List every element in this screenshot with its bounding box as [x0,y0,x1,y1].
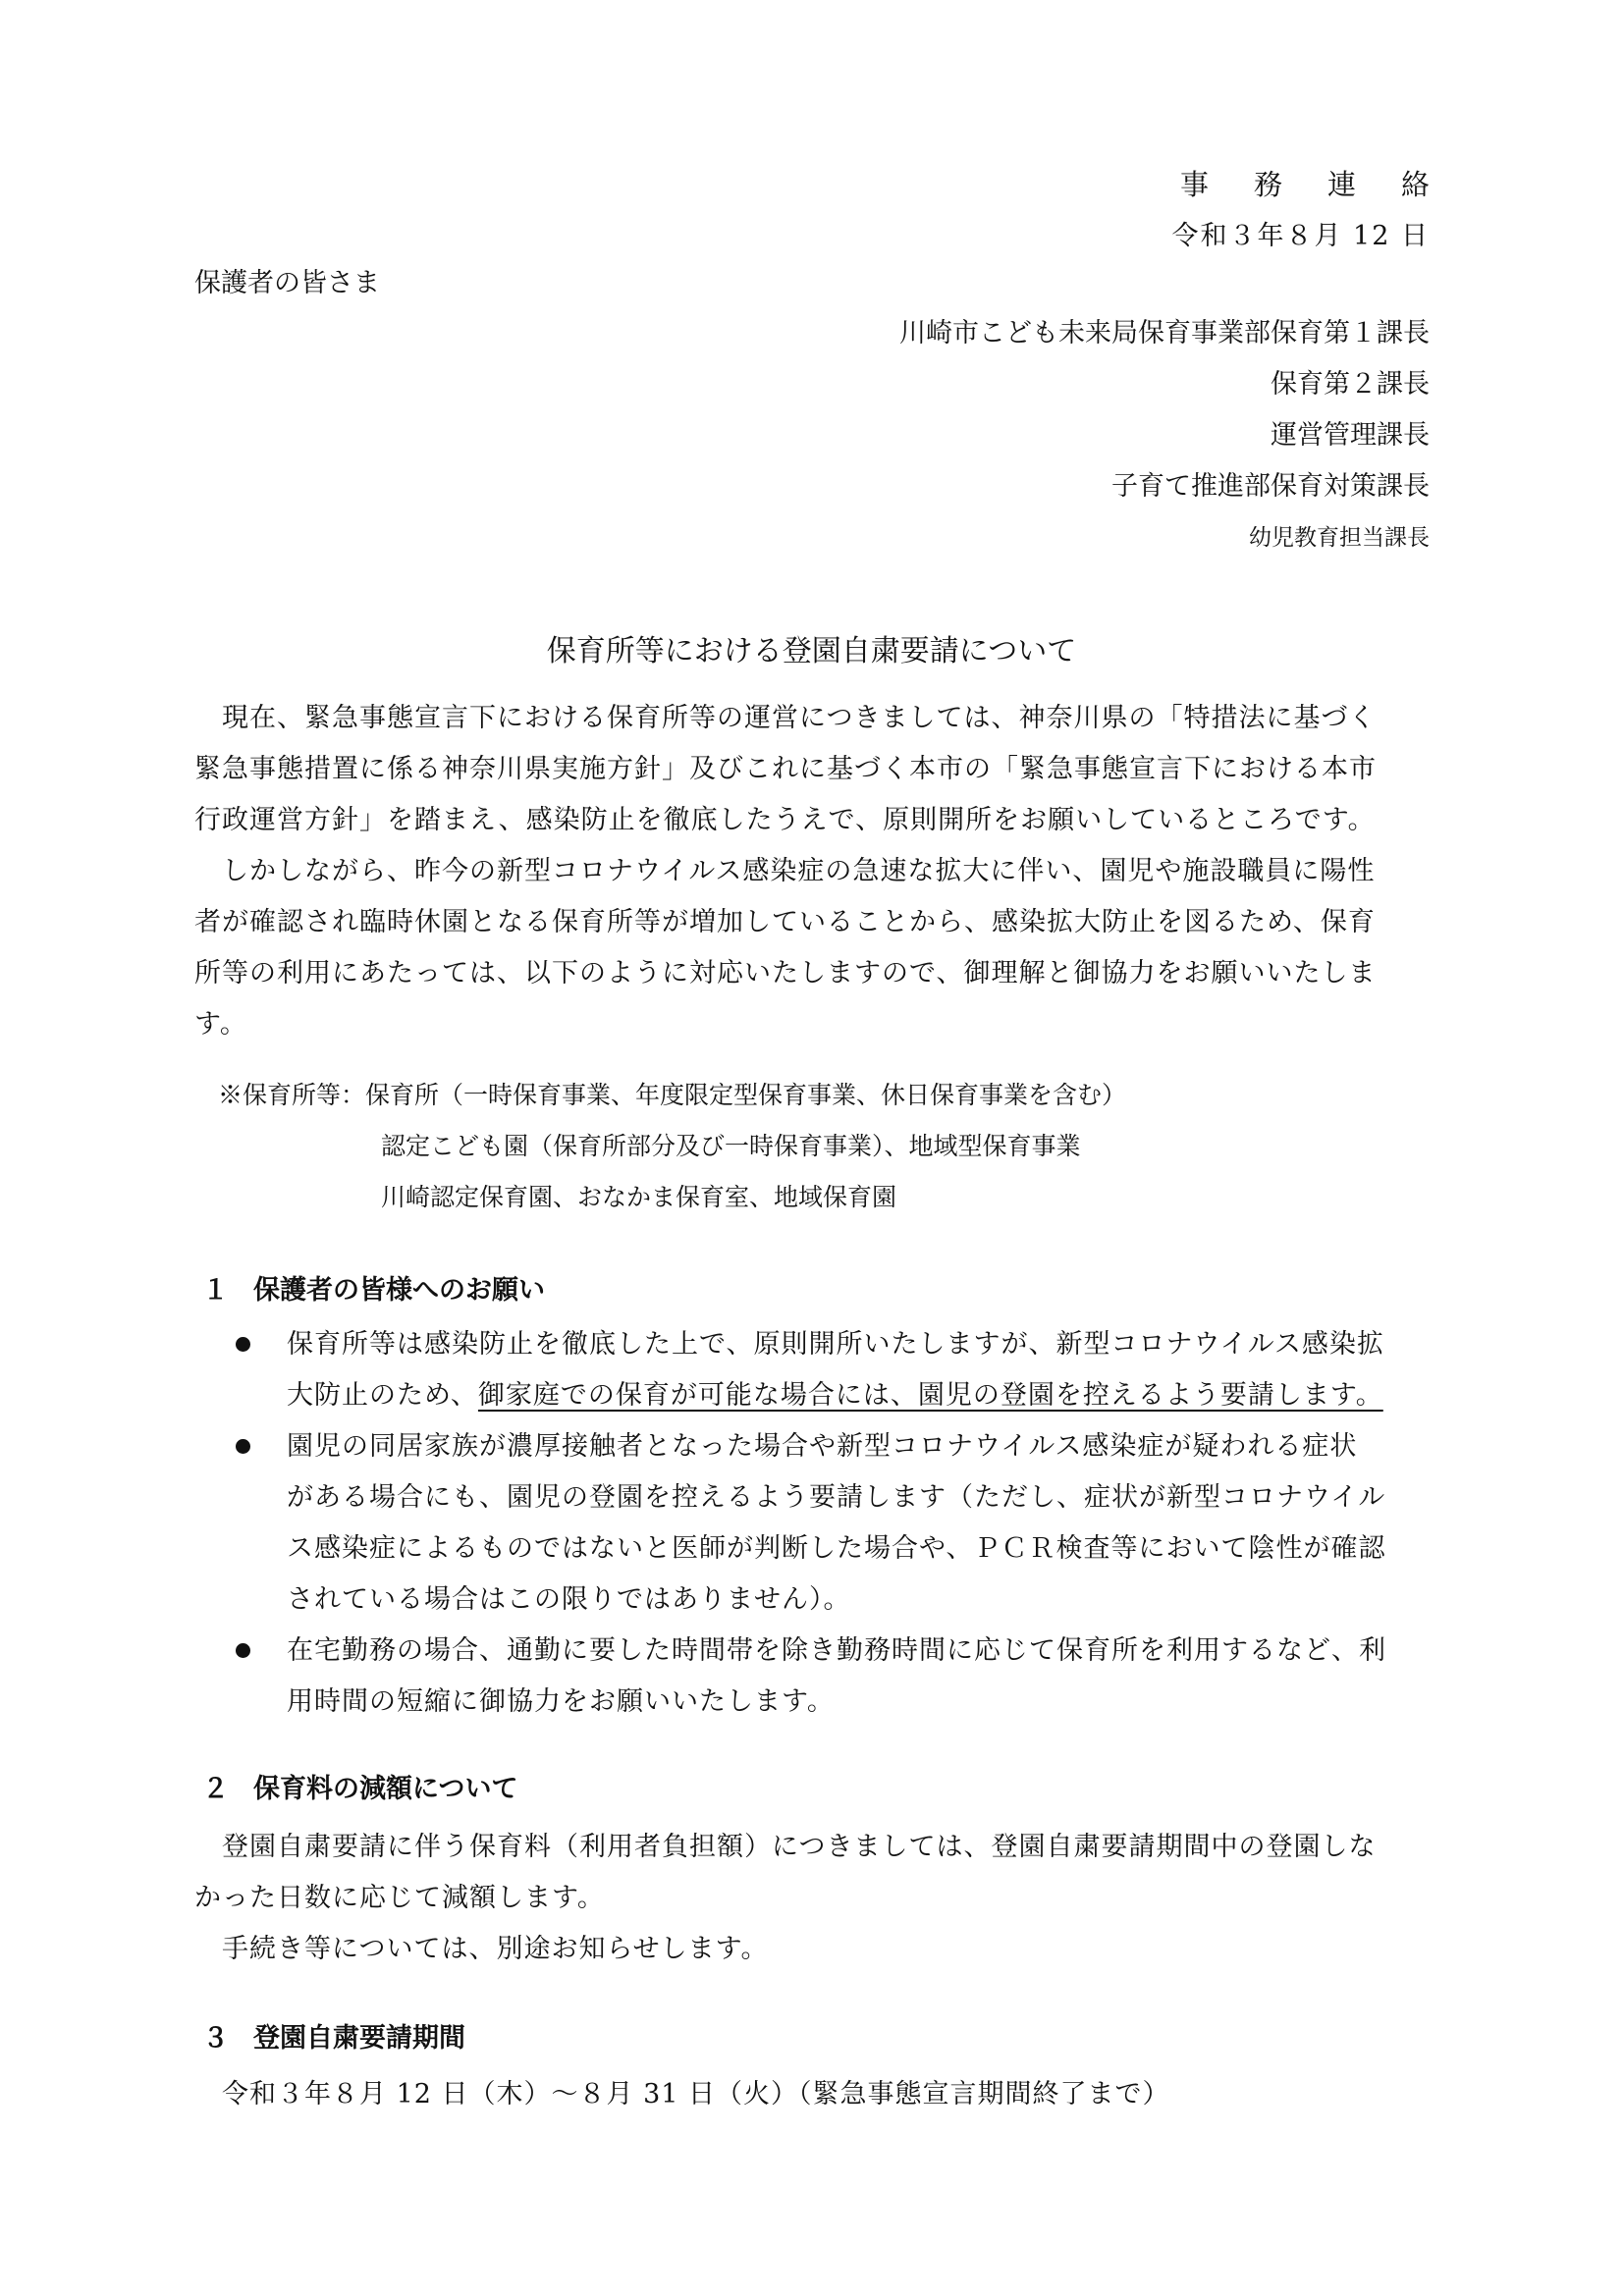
bullet-item: 保育所等は感染防止を徹底した上で、原則開所いたしますが、新型コロナウイルス感染拡… [236,1319,1463,1421]
section-3-body: 令和３年８月 12 日（木）～８月 31 日（火）（緊急事態宣言期間終了まで） [194,2069,1432,2120]
bullet-line: 在宅勤務の場合、通勤に要した時間帯を除き勤務時間に応じて保育所を利用するなど、利 [287,1626,1463,1677]
sender-line: 保育第２課長 [899,359,1430,410]
bullet-line: 保育所等は感染防止を徹底した上で、原則開所いたしますが、新型コロナウイルス感染拡 [287,1319,1463,1370]
note-line: 保育所（一時保育事業、年度限定型保育事業、休日保育事業を含む） [365,1081,1126,1109]
section-number: ３ [202,2016,253,2055]
bullet-line: されている場合はこの限りではありません）。 [287,1575,1463,1626]
note-line: 川崎認定保育園、おなかま保育室、地域保育園 [218,1172,1126,1223]
section-title: 保護者の皆様へのお願い [253,1275,545,1306]
paragraph-line: しかしながら、昨今の新型コロナウイルス感染症の急速な拡大に伴い、園児や施設職員に… [194,846,1432,897]
sender-line: 子育て推進部保育対策課長 [899,461,1430,512]
section-heading-3: ３登園自粛要請期間 [202,2016,465,2055]
bullet-icon [236,1643,250,1658]
paragraph-line: 緊急事態措置に係る神奈川県実施方針」及びこれに基づく本市の「緊急事態宣言下におけ… [194,744,1432,795]
paragraph-line: す。 [194,999,1432,1050]
bullet-line: 用時間の短縮に御協力をお願いいたします。 [287,1677,1463,1728]
paragraph-line: 行政運営方針」を踏まえ、感染防止を徹底したうえで、原則開所をお願いしているところ… [194,795,1432,846]
paragraph-line: 手続き等については、別途お知らせします。 [194,1924,1432,1975]
sender-block: 川崎市こども未来局保育事業部保育第１課長 保育第２課長 運営管理課長 子育て推進… [899,308,1430,563]
section-1-bullets: 保育所等は感染防止を徹底した上で、原則開所いたしますが、新型コロナウイルス感染拡… [236,1319,1463,1728]
bullet-line: がある場合にも、園児の登園を控えるよう要請します（ただし、症状が新型コロナウイル [287,1472,1463,1523]
request-period: 令和３年８月 12 日（木）～８月 31 日（火）（緊急事態宣言期間終了まで） [194,2069,1432,2120]
section-title: 保育料の減額について [253,1774,517,1804]
section-number: ２ [202,1767,253,1805]
document-page: 事務連絡 令和３年８月 12 日 保護者の皆さま 川崎市こども未来局保育事業部保… [0,0,1623,2296]
bullet-line: 園児の同居家族が濃厚接触者となった場合や新型コロナウイルス感染症が疑われる症状 [287,1421,1463,1472]
paragraph-line: 登園自粛要請に伴う保育料（利用者負担額）につきましては、登園自粛要請期間中の登園… [194,1822,1432,1873]
sender-line: 幼児教育担当課長 [899,512,1430,563]
facility-note: ※保育所等：保育所（一時保育事業、年度限定型保育事業、休日保育事業を含む） 認定… [218,1070,1126,1223]
section-title: 登園自粛要請期間 [253,2023,465,2054]
paragraph-line: 現在、緊急事態宣言下における保育所等の運営につきましては、神奈川県の「特措法に基… [194,693,1432,744]
paragraph-line: 者が確認され臨時休園となる保育所等が増加していることから、感染拡大防止を図るため… [194,897,1432,948]
sender-line: 運営管理課長 [899,410,1430,461]
bullet-line: ス感染症によるものではないと医師が判断した場合や、ＰＣＲ検査等において陰性が確認 [287,1523,1463,1575]
paragraph-line: 所等の利用にあたっては、以下のように対応いたしますので、御理解と御協力をお願いい… [194,948,1432,999]
note-line: 認定こども園（保育所部分及び一時保育事業）、地域型保育事業 [218,1121,1126,1172]
bullet-icon [236,1337,250,1352]
bullet-item: 園児の同居家族が濃厚接触者となった場合や新型コロナウイルス感染症が疑われる症状 … [236,1421,1463,1626]
section-heading-1: １保護者の皆様へのお願い [202,1268,545,1307]
addressee: 保護者の皆さま [194,261,380,299]
section-number: １ [202,1268,253,1307]
intro-paragraph: 現在、緊急事態宣言下における保育所等の運営につきましては、神奈川県の「特措法に基… [194,693,1432,1050]
document-type-label: 事務連絡 [1180,163,1475,203]
section-2-body: 登園自粛要請に伴う保育料（利用者負担額）につきましては、登園自粛要請期間中の登園… [194,1822,1432,1975]
underlined-request: 御家庭での保育が可能な場合には、園児の登園を控えるよう要請します。 [478,1380,1383,1411]
bullet-icon [236,1439,250,1454]
note-label: ※保育所等： [218,1081,365,1109]
bullet-line-plain: 大防止のため、 [287,1380,478,1411]
document-title: 保育所等における登園自粛要請について [0,626,1623,669]
section-heading-2: ２保育料の減額について [202,1767,517,1805]
paragraph-line: かった日数に応じて減額します。 [194,1873,1432,1924]
bullet-item: 在宅勤務の場合、通勤に要した時間帯を除き勤務時間に応じて保育所を利用するなど、利… [236,1626,1463,1728]
document-date: 令和３年８月 12 日 [1171,214,1430,252]
sender-line: 川崎市こども未来局保育事業部保育第１課長 [899,308,1430,359]
